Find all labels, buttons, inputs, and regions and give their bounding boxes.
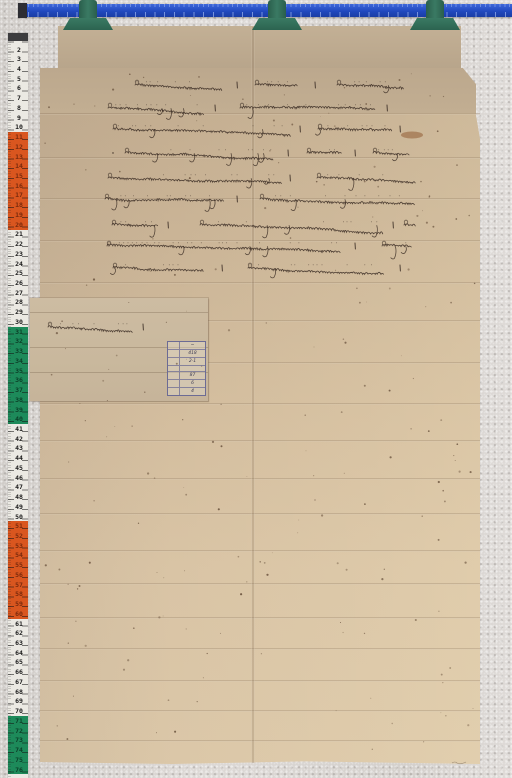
initial-loop <box>318 124 322 128</box>
paper-speckle <box>423 741 424 742</box>
tsheg-dot <box>163 264 164 265</box>
tsheg-dot <box>390 195 391 196</box>
paper-speckle <box>174 274 176 276</box>
tsheg-dot <box>291 264 292 265</box>
paper-speckle <box>425 306 426 307</box>
paper-speckle <box>408 268 410 270</box>
paper-speckle <box>416 215 418 217</box>
initial-loop <box>112 220 116 224</box>
paper-speckle <box>290 237 292 239</box>
tsheg-dot <box>364 195 365 196</box>
paper-speckle <box>150 271 151 272</box>
paper-speckle <box>129 74 131 76</box>
paper-speckle <box>320 116 321 117</box>
paper-speckle <box>449 667 451 669</box>
tsheg-dot <box>150 125 151 126</box>
tsheg-dot <box>190 195 191 196</box>
tsheg-dot <box>147 195 148 196</box>
paper-speckle <box>443 96 444 97</box>
tsheg-dot <box>146 81 147 82</box>
tsheg-dot <box>248 149 249 150</box>
tsheg-dot <box>399 195 400 196</box>
ink-layer <box>0 0 512 778</box>
paper-speckle <box>473 708 474 709</box>
paper-speckle <box>298 520 299 521</box>
tsheg-dot <box>156 104 157 105</box>
paper-speckle <box>437 130 439 132</box>
handwritten-segment <box>317 177 415 184</box>
paper-speckle <box>372 217 373 218</box>
paper-speckle <box>189 177 191 179</box>
tsheg-dot <box>294 264 295 265</box>
paper-speckle <box>467 724 469 726</box>
paper-speckle <box>377 186 379 188</box>
tsheg-dot <box>382 174 383 175</box>
tsheg-dot <box>378 149 379 150</box>
tsheg-dot <box>222 242 223 243</box>
tsheg-dot <box>323 221 324 222</box>
descender-stroke <box>112 200 117 210</box>
paper-speckle <box>391 723 392 724</box>
paper-speckle <box>364 385 366 387</box>
paper-speckle <box>220 404 221 405</box>
tsheg-dot <box>305 104 306 105</box>
paper-speckle <box>218 508 220 510</box>
paper-speckle <box>445 715 446 716</box>
paper-speckle <box>381 578 383 580</box>
paper-speckle <box>75 621 76 622</box>
tsheg-dot <box>392 149 393 150</box>
tsheg-dot <box>359 174 360 175</box>
tsheg-dot <box>123 242 124 243</box>
paper-speckle <box>186 359 187 360</box>
tsheg-dot <box>157 81 158 82</box>
tsheg-dot <box>259 242 260 243</box>
paper-speckle <box>48 106 50 108</box>
paper-speckle <box>168 699 170 701</box>
tsheg-dot <box>345 195 346 196</box>
tsheg-dot <box>371 264 372 265</box>
descender-stroke <box>210 200 215 209</box>
handwritten-segment <box>125 152 273 160</box>
paper-speckle <box>459 471 461 473</box>
tsheg-dot <box>298 242 299 243</box>
tsheg-dot <box>169 264 170 265</box>
paper-speckle <box>374 166 376 168</box>
paper-speckle <box>426 222 428 224</box>
paper-speckle <box>261 653 262 654</box>
tsheg-dot <box>237 242 238 243</box>
initial-loop <box>113 263 117 267</box>
paper-speckle <box>246 581 247 582</box>
paper-speckle <box>313 475 314 476</box>
tsheg-dot <box>252 149 253 150</box>
tsheg-dot <box>231 174 232 175</box>
tsheg-dot <box>203 125 204 126</box>
paper-speckle <box>85 420 86 421</box>
paper-speckle <box>440 419 442 421</box>
ink-stain <box>401 132 423 139</box>
paper-speckle <box>266 574 268 576</box>
handwritten-segment <box>107 244 340 253</box>
paper-speckle <box>321 514 323 516</box>
paper-speckle <box>66 738 68 740</box>
tsheg-dot <box>137 81 138 82</box>
tsheg-dot <box>372 125 373 126</box>
paper-speckle <box>323 184 324 185</box>
handwritten-segment <box>337 84 403 89</box>
tsheg-dot <box>175 81 176 82</box>
tsheg-dot <box>178 125 179 126</box>
paper-speckle <box>112 89 114 91</box>
descender-stroke <box>110 269 115 275</box>
initial-loop <box>404 220 408 224</box>
tsheg-dot <box>313 264 314 265</box>
tsheg-dot <box>133 195 134 196</box>
paper-speckle <box>158 616 160 618</box>
paper-speckle <box>186 311 187 312</box>
descender-stroke <box>150 226 155 238</box>
descender-stroke <box>349 179 354 191</box>
initial-loop <box>337 80 341 84</box>
tsheg-dot <box>151 104 152 105</box>
tsheg-dot <box>336 242 337 243</box>
paper-speckle <box>438 611 439 612</box>
tsheg-dot <box>253 125 254 126</box>
paper-speckle <box>306 450 307 451</box>
tsheg-dot <box>173 264 174 265</box>
paper-speckle <box>297 532 298 533</box>
tsheg-dot <box>380 81 381 82</box>
tsheg-dot <box>118 125 119 126</box>
tsheg-dot <box>219 149 220 150</box>
tsheg-dot <box>290 195 291 196</box>
tsheg-dot <box>191 174 192 175</box>
paper-speckle <box>85 169 87 171</box>
tsheg-dot <box>343 221 344 222</box>
paper-speckle <box>89 562 91 564</box>
tsheg-dot <box>78 323 79 324</box>
paper-speckle <box>422 516 423 517</box>
paper-speckle <box>344 342 346 344</box>
handwritten-segment <box>248 267 383 274</box>
paper-speckle <box>335 270 336 271</box>
paper-speckle <box>65 348 66 349</box>
paper-speckle <box>269 150 270 151</box>
paper-speckle <box>410 428 412 430</box>
tsheg-dot <box>376 221 377 222</box>
tsheg-dot <box>159 242 160 243</box>
paper-speckle <box>107 400 108 401</box>
paper-speckle <box>356 288 358 290</box>
tsheg-dot <box>145 125 146 126</box>
tsheg-dot <box>317 264 318 265</box>
paper-speckle <box>413 378 414 379</box>
paper-speckle <box>266 322 267 323</box>
paper-speckle <box>420 181 421 182</box>
paper-speckle <box>174 731 176 733</box>
paper-speckle <box>429 95 430 96</box>
paper-speckle <box>340 622 341 623</box>
paper-speckle <box>86 284 87 285</box>
tsheg-dot <box>355 104 356 105</box>
paper-speckle <box>56 332 58 334</box>
tsheg-dot <box>132 242 133 243</box>
paper-speckle <box>123 669 125 671</box>
paper-speckle <box>133 627 135 629</box>
paper-speckle <box>259 561 260 562</box>
paper-speckle <box>114 426 115 427</box>
paper-speckle <box>79 403 80 404</box>
initial-loop <box>255 80 259 84</box>
handwritten-segment <box>48 326 132 333</box>
tsheg-dot <box>237 174 238 175</box>
paper-speckle <box>390 456 392 458</box>
tsheg-dot <box>189 81 190 82</box>
initial-loop <box>240 103 244 107</box>
tsheg-dot <box>338 174 339 175</box>
initial-loop <box>307 148 311 152</box>
paper-speckle <box>127 659 129 661</box>
tsheg-dot <box>185 174 186 175</box>
paper-speckle <box>85 645 87 647</box>
paper-speckle <box>190 95 191 96</box>
initial-loop <box>113 124 117 128</box>
tsheg-dot <box>287 81 288 82</box>
tsheg-dot <box>146 104 147 105</box>
handwritten-segment <box>260 198 414 205</box>
handwritten-segment <box>108 107 204 115</box>
tsheg-dot <box>120 104 121 105</box>
initial-loop <box>260 194 264 198</box>
tsheg-dot <box>219 242 220 243</box>
paper-speckle <box>364 633 365 634</box>
tsheg-dot <box>128 242 129 243</box>
paper-speckle <box>336 710 337 711</box>
paper-speckle <box>79 585 81 587</box>
paper-speckle <box>278 162 279 163</box>
tsheg-dot <box>147 242 148 243</box>
paper-speckle <box>441 712 442 713</box>
paper-speckle <box>314 499 315 500</box>
paper-speckle <box>176 363 178 365</box>
tsheg-dot <box>359 81 360 82</box>
descender-stroke <box>372 226 377 238</box>
paper-speckle <box>297 207 298 208</box>
tsheg-dot <box>356 195 357 196</box>
paper-speckle <box>399 79 401 81</box>
paper-speckle <box>450 302 452 304</box>
paper-speckle <box>442 490 444 492</box>
tsheg-dot <box>258 104 259 105</box>
paper-speckle <box>313 346 314 347</box>
paper-speckle <box>432 226 434 228</box>
paper-speckle <box>470 471 472 473</box>
tsheg-dot <box>135 125 136 126</box>
tsheg-dot <box>218 221 219 222</box>
tsheg-dot <box>94 323 95 324</box>
paper-speckle <box>364 503 366 505</box>
paper-speckle <box>166 322 167 323</box>
tsheg-dot <box>362 125 363 126</box>
paper-speckle <box>201 366 202 367</box>
tsheg-dot <box>329 149 330 150</box>
tsheg-dot <box>246 104 247 105</box>
tsheg-dot <box>325 195 326 196</box>
tsheg-dot <box>126 104 127 105</box>
paper-speckle <box>474 283 476 285</box>
tsheg-dot <box>209 195 210 196</box>
tsheg-dot <box>263 149 264 150</box>
tsheg-dot <box>142 242 143 243</box>
paper-speckle <box>359 302 361 304</box>
tsheg-dot <box>290 242 291 243</box>
paper-speckle <box>183 487 184 488</box>
paper-speckle <box>238 556 240 558</box>
tsheg-dot <box>364 264 365 265</box>
tsheg-dot <box>136 242 137 243</box>
handwritten-segment <box>135 84 222 91</box>
tsheg-dot <box>109 242 110 243</box>
tsheg-dot <box>173 242 174 243</box>
descender-stroke <box>401 247 406 254</box>
tsheg-dot <box>125 221 126 222</box>
paper-speckle <box>108 369 109 370</box>
descender-stroke <box>270 269 275 278</box>
paper-speckle <box>94 105 95 106</box>
handwritten-segment <box>404 224 415 226</box>
paper-speckle <box>389 390 391 392</box>
tsheg-dot <box>338 104 339 105</box>
paper-speckle <box>422 210 423 211</box>
paper-speckle <box>228 329 230 331</box>
initial-loop <box>108 173 112 177</box>
paper-speckle <box>442 682 443 683</box>
paper-speckle <box>242 99 243 100</box>
tsheg-dot <box>246 221 247 222</box>
tsheg-dot <box>278 81 279 82</box>
tsheg-dot <box>282 125 283 126</box>
paper-speckle <box>156 732 157 733</box>
paper-speckle <box>272 552 273 553</box>
paper-speckle <box>438 481 440 483</box>
paper-speckle <box>464 561 466 563</box>
tsheg-dot <box>347 264 348 265</box>
paper-speckle <box>93 500 94 501</box>
descender-stroke <box>166 109 171 120</box>
paper-speckle <box>441 674 443 676</box>
paper-speckle <box>132 426 133 427</box>
paper-speckle <box>316 181 318 183</box>
paper-speckle <box>365 103 367 105</box>
paper-speckle <box>58 569 60 571</box>
tsheg-dot <box>271 81 272 82</box>
handwritten-segment <box>200 224 383 234</box>
paper-speckle <box>182 419 183 420</box>
tsheg-dot <box>331 242 332 243</box>
tsheg-dot <box>322 264 323 265</box>
paper-speckle <box>370 698 371 699</box>
tsheg-dot <box>405 242 406 243</box>
paper-speckle <box>203 677 204 678</box>
paper-speckle <box>221 445 223 447</box>
paper-speckle <box>57 725 58 726</box>
paper-speckle <box>344 473 345 474</box>
tsheg-dot <box>50 323 51 324</box>
tsheg-dot <box>163 174 164 175</box>
paper-speckle <box>264 562 266 564</box>
tsheg-dot <box>170 195 171 196</box>
tsheg-dot <box>119 242 120 243</box>
paper-speckle <box>240 593 242 595</box>
tsheg-dot <box>226 242 227 243</box>
paper-speckle <box>372 749 373 750</box>
paper-speckle <box>401 355 402 356</box>
handwritten-segment <box>108 177 281 184</box>
handwritten-segment <box>307 151 341 153</box>
handwritten-segment <box>318 128 392 131</box>
tsheg-dot <box>120 221 121 222</box>
tsheg-dot <box>178 242 179 243</box>
handwritten-segment <box>105 197 223 201</box>
tsheg-dot <box>354 81 355 82</box>
paper-speckle <box>197 701 198 702</box>
paper-speckle <box>247 476 248 477</box>
handwritten-segment <box>382 244 411 247</box>
paper-speckle <box>341 411 343 413</box>
paper-speckle <box>186 628 187 629</box>
tsheg-dot <box>195 174 196 175</box>
paper-speckle <box>184 570 185 571</box>
paper-speckle <box>152 238 153 239</box>
tsheg-dot <box>167 195 168 196</box>
tsheg-dot <box>378 195 379 196</box>
tsheg-dot <box>280 195 281 196</box>
tsheg-dot <box>308 264 309 265</box>
paper-speckle <box>215 268 217 270</box>
paper-speckle <box>185 494 187 496</box>
paper-speckle <box>264 207 266 209</box>
paper-speckle <box>128 302 129 303</box>
tsheg-dot <box>366 125 367 126</box>
tsheg-dot <box>151 221 152 222</box>
paper-speckle <box>163 616 164 617</box>
paper-speckle <box>170 181 171 182</box>
paper-speckle <box>77 588 78 589</box>
handwritten-segment <box>255 84 297 87</box>
handwritten-segment <box>113 266 203 271</box>
handwritten-segment <box>112 223 158 226</box>
descender-stroke <box>248 109 253 119</box>
tsheg-dot <box>250 264 251 265</box>
tsheg-dot <box>366 81 367 82</box>
tsheg-dot <box>170 149 171 150</box>
paper-speckle <box>68 462 69 463</box>
tsheg-dot <box>197 104 198 105</box>
paper-speckle <box>144 392 145 393</box>
paper-speckle <box>428 430 430 432</box>
tsheg-dot <box>327 174 328 175</box>
paper-speckle <box>453 455 454 456</box>
tsheg-dot <box>345 104 346 105</box>
paper-speckle <box>291 124 293 126</box>
paper-speckle <box>73 103 74 104</box>
descender-stroke <box>227 154 232 166</box>
tsheg-dot <box>118 323 119 324</box>
paper-speckle <box>68 584 69 585</box>
tsheg-dot <box>334 149 335 150</box>
tsheg-dot <box>165 104 166 105</box>
